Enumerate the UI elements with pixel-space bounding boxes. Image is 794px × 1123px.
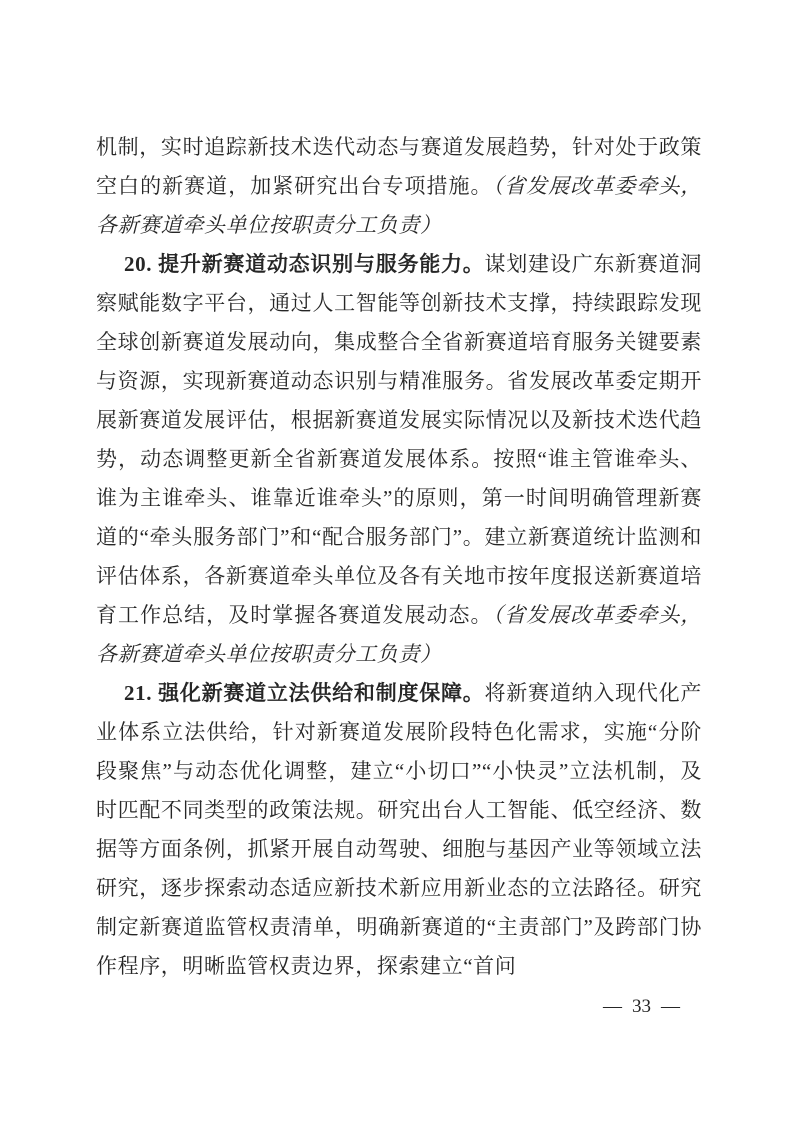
paragraph-text: 将新赛道纳入现代化产业体系立法供给，针对新赛道发展阶段特色化需求，实施“分阶段聚… bbox=[96, 681, 702, 978]
page-number: —33— bbox=[593, 996, 690, 1018]
page-number-value: 33 bbox=[632, 996, 651, 1017]
item-20-heading: 20. 提升新赛道动态识别与服务能力。 bbox=[124, 252, 485, 276]
paragraph-item-21: 21. 强化新赛道立法供给和制度保障。将新赛道纳入现代化产业体系立法供给，针对新… bbox=[96, 674, 702, 986]
item-21-heading: 21. 强化新赛道立法供给和制度保障。 bbox=[124, 681, 485, 705]
paragraph-item-20: 20. 提升新赛道动态识别与服务能力。谋划建设广东新赛道洞察赋能数字平台，通过人… bbox=[96, 245, 702, 674]
page-number-dash-left: — bbox=[593, 996, 632, 1017]
document-body: 机制，实时追踪新技术迭代动态与赛道发展趋势，针对处于政策空白的新赛道，加紧研究出… bbox=[96, 128, 702, 986]
paragraph-continuation: 机制，实时追踪新技术迭代动态与赛道发展趋势，针对处于政策空白的新赛道，加紧研究出… bbox=[96, 128, 702, 245]
page-number-dash-right: — bbox=[651, 996, 690, 1017]
document-page: 机制，实时追踪新技术迭代动态与赛道发展趋势，针对处于政策空白的新赛道，加紧研究出… bbox=[0, 0, 794, 1123]
paragraph-text: 谋划建设广东新赛道洞察赋能数字平台，通过人工智能等创新技术支撑，持续跟踪发现全球… bbox=[96, 252, 702, 627]
